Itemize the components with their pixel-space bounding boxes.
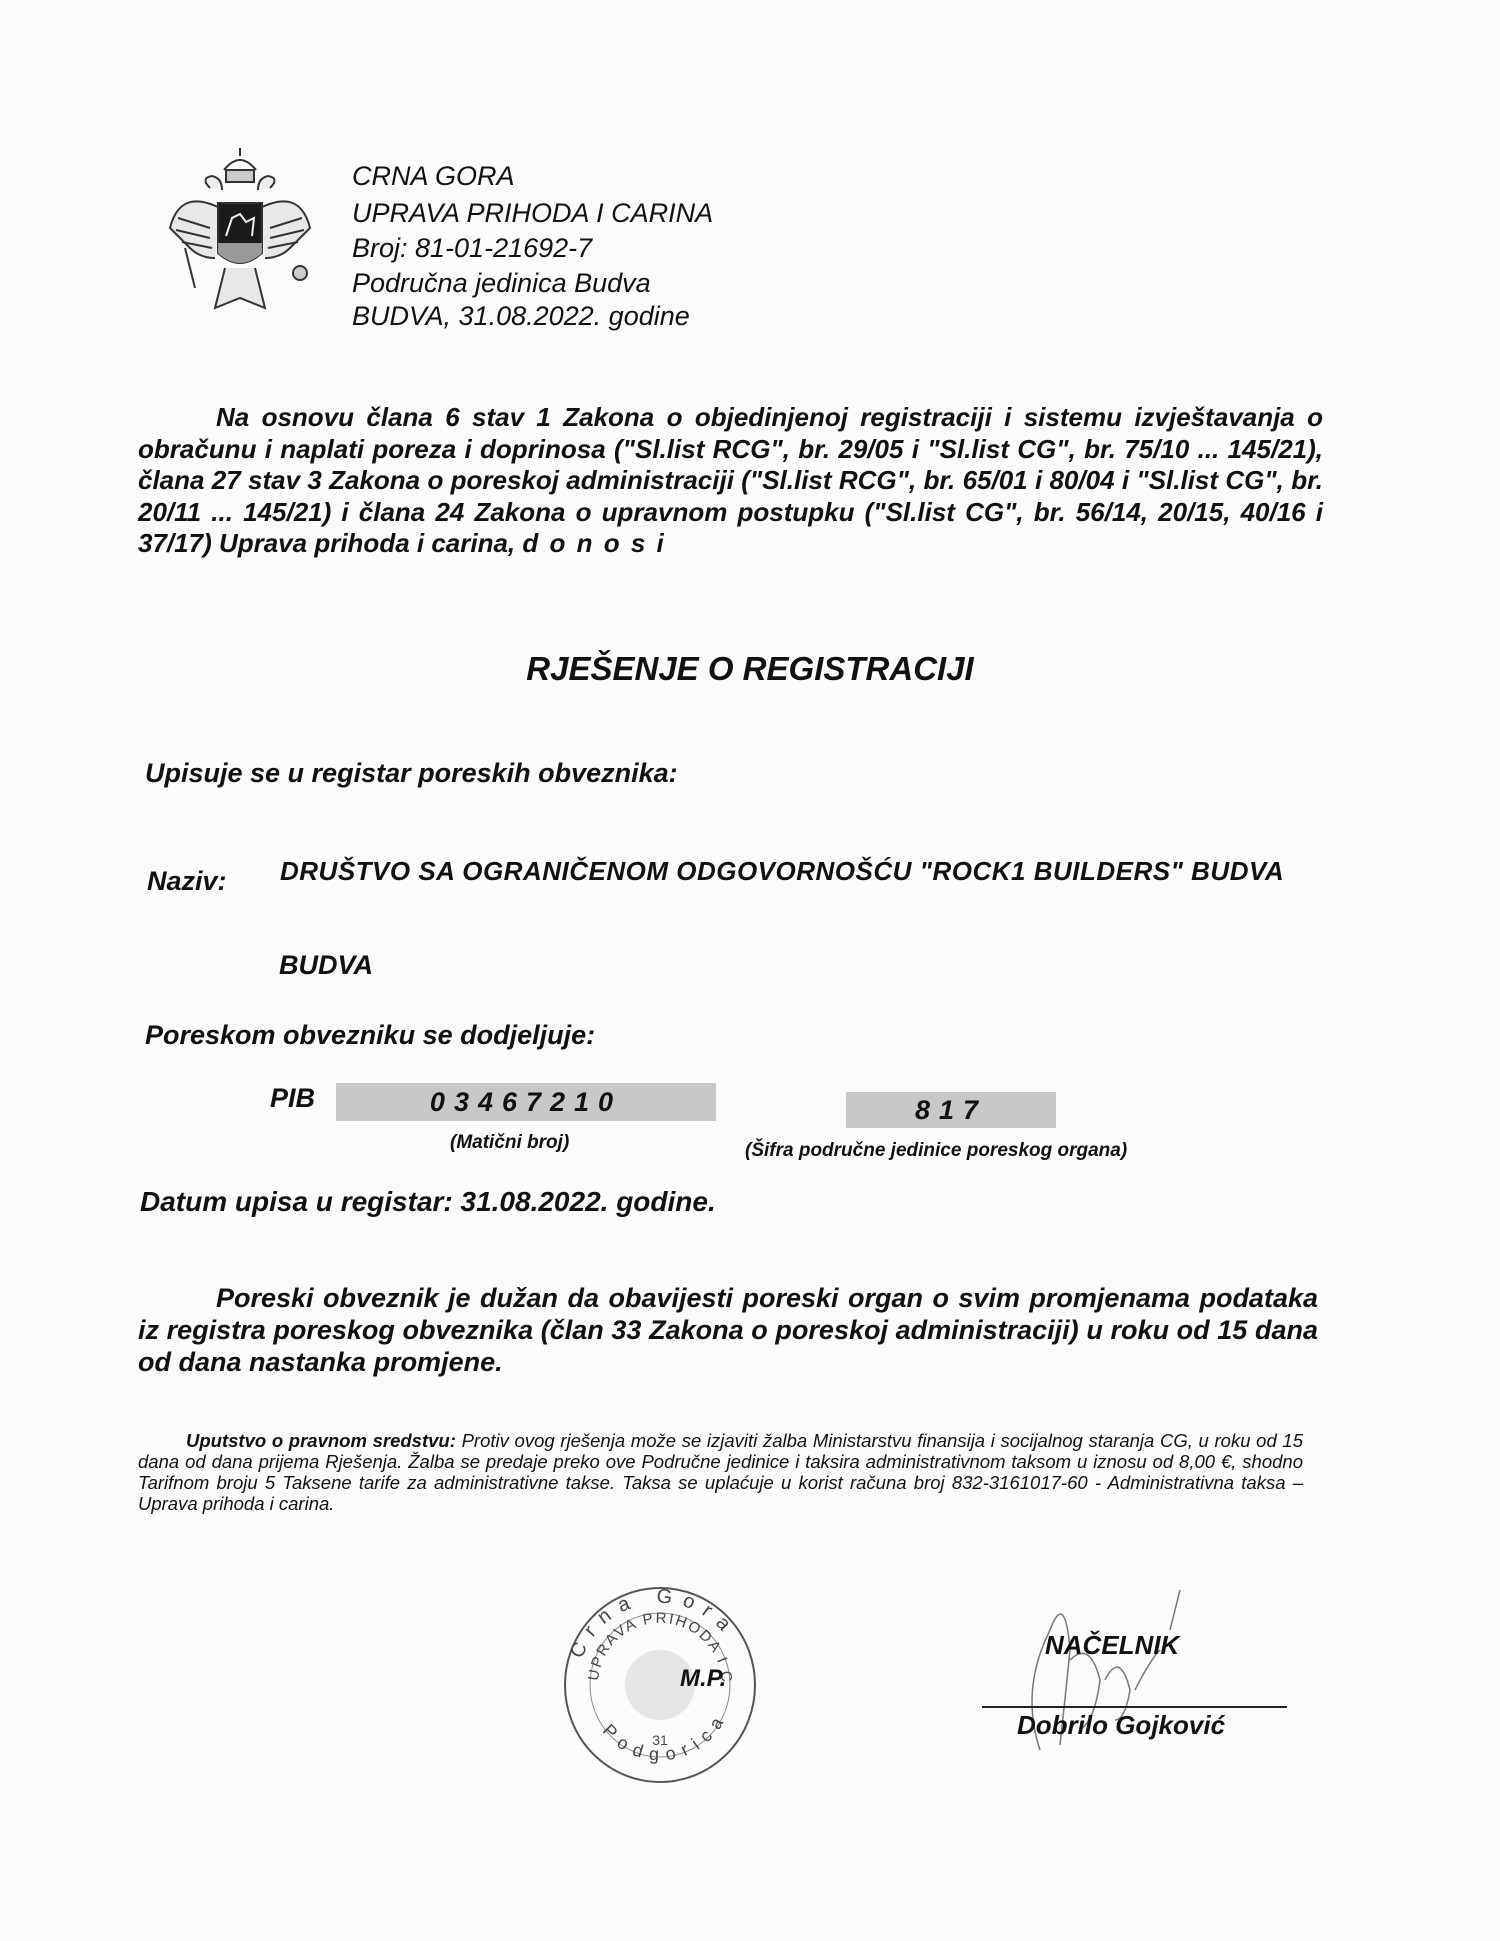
- place-date: BUDVA, 31.08.2022. godine: [352, 300, 690, 333]
- official-stamp-icon: Crna Gora UPRAVA PRIHODA I CARINA Podgor…: [560, 1585, 760, 1785]
- unit-code-value: 817: [846, 1092, 1056, 1128]
- preamble-verb: d o n o s i: [522, 528, 665, 558]
- registration-intro: Upisuje se u registar poreskih obveznika…: [145, 758, 678, 789]
- country-name: CRNA GORA: [352, 160, 515, 193]
- signature-line: [982, 1706, 1287, 1708]
- authority-name: UPRAVA PRIHODA I CARINA: [352, 197, 713, 230]
- coat-of-arms-icon: [160, 148, 320, 318]
- svg-text:31: 31: [652, 1732, 668, 1748]
- pib-caption: (Matični broj): [450, 1132, 569, 1154]
- registration-date: Datum upisa u registar: 31.08.2022. godi…: [140, 1186, 716, 1218]
- assigned-intro: Poreskom obvezniku se dodjeljuje:: [145, 1020, 595, 1051]
- preamble-text: Na osnovu člana 6 stav 1 Zakona o objedi…: [138, 402, 1323, 558]
- document-title: RJEŠENJE O REGISTRACIJI: [0, 650, 1500, 688]
- legal-preamble: Na osnovu člana 6 stav 1 Zakona o objedi…: [138, 402, 1323, 560]
- obligation-notice: Poreski obveznik je dužan da obavijesti …: [138, 1282, 1318, 1378]
- company-name: DRUŠTVO SA OGRANIČENOM ODGOVORNOŠĆU "ROC…: [280, 855, 1340, 888]
- stamp-mark: M.P.: [680, 1665, 726, 1693]
- document-number: Broj: 81-01-21692-7: [352, 232, 592, 265]
- name-label: Naziv:: [147, 866, 227, 897]
- signatory-name: Dobrilo Gojković: [1017, 1710, 1225, 1741]
- regional-unit: Područna jedinica Budva: [352, 267, 651, 300]
- unit-code-caption: (Šifra područne jedinice poreskog organa…: [745, 1140, 1127, 1162]
- pib-value: 03467210: [336, 1083, 716, 1121]
- company-city: BUDVA: [279, 950, 373, 981]
- legal-remedy-instruction: Uputstvo o pravnom sredstvu: Protiv ovog…: [138, 1430, 1303, 1514]
- instruction-label: Uputstvo o pravnom sredstvu:: [186, 1430, 456, 1451]
- pib-label: PIB: [270, 1083, 315, 1114]
- notice-text: Poreski obveznik je dužan da obavijesti …: [138, 1283, 1318, 1377]
- signatory-title: NAČELNIK: [1045, 1630, 1179, 1661]
